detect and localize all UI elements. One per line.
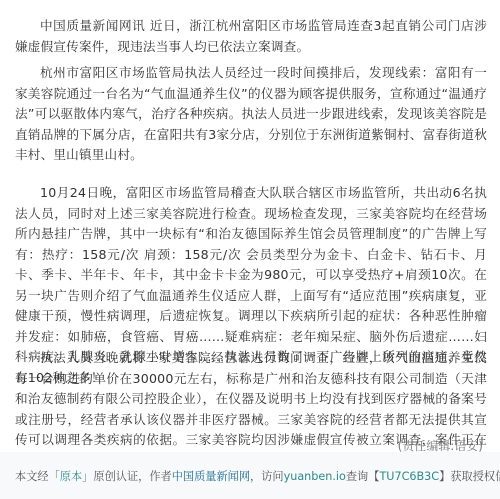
site-link[interactable]: yuanben.io xyxy=(284,470,346,483)
footer-suffix: 】获取授权信息。 xyxy=(439,470,500,483)
article-paragraph-intro: 中国质量新闻网讯 近日，浙江杭州富阳区市场监管局连查3起直销公司门店涉嫌虚假宣传… xyxy=(15,16,487,57)
footer-prefix: 本文经 xyxy=(15,470,49,483)
article-body: 中国质量新闻网讯 近日，浙江杭州富阳区市场监管局连查3起直销公司门店涉嫌虚假宣传… xyxy=(0,0,500,452)
bracket-close: 」 xyxy=(82,470,93,483)
yuanben-source-link[interactable]: 原本 xyxy=(60,470,82,483)
bracket-open: 「 xyxy=(49,470,60,483)
article-paragraph-clue: 杭州市富阳区市场监管局执法人员经过一段时间摸排后，发现线索：富阳有一家美容院通过… xyxy=(15,63,487,166)
footer-visit-text: ，访问 xyxy=(250,470,284,483)
copyright-footer: 本文经「原本」原创认证，作者中国质量新闻网，访问yuanben.io查询【TU7… xyxy=(0,452,500,499)
author-link[interactable]: 中国质量新闻网 xyxy=(172,470,250,483)
footer-mid-text: 原创认证，作者 xyxy=(93,470,171,483)
copyright-notice: 本文经「原本」原创认证，作者中国质量新闻网，访问yuanben.io查询【TU7… xyxy=(15,468,500,484)
footer-query-text: 查询【 xyxy=(346,470,380,483)
auth-code-link[interactable]: TU7C6B3C xyxy=(379,470,439,483)
